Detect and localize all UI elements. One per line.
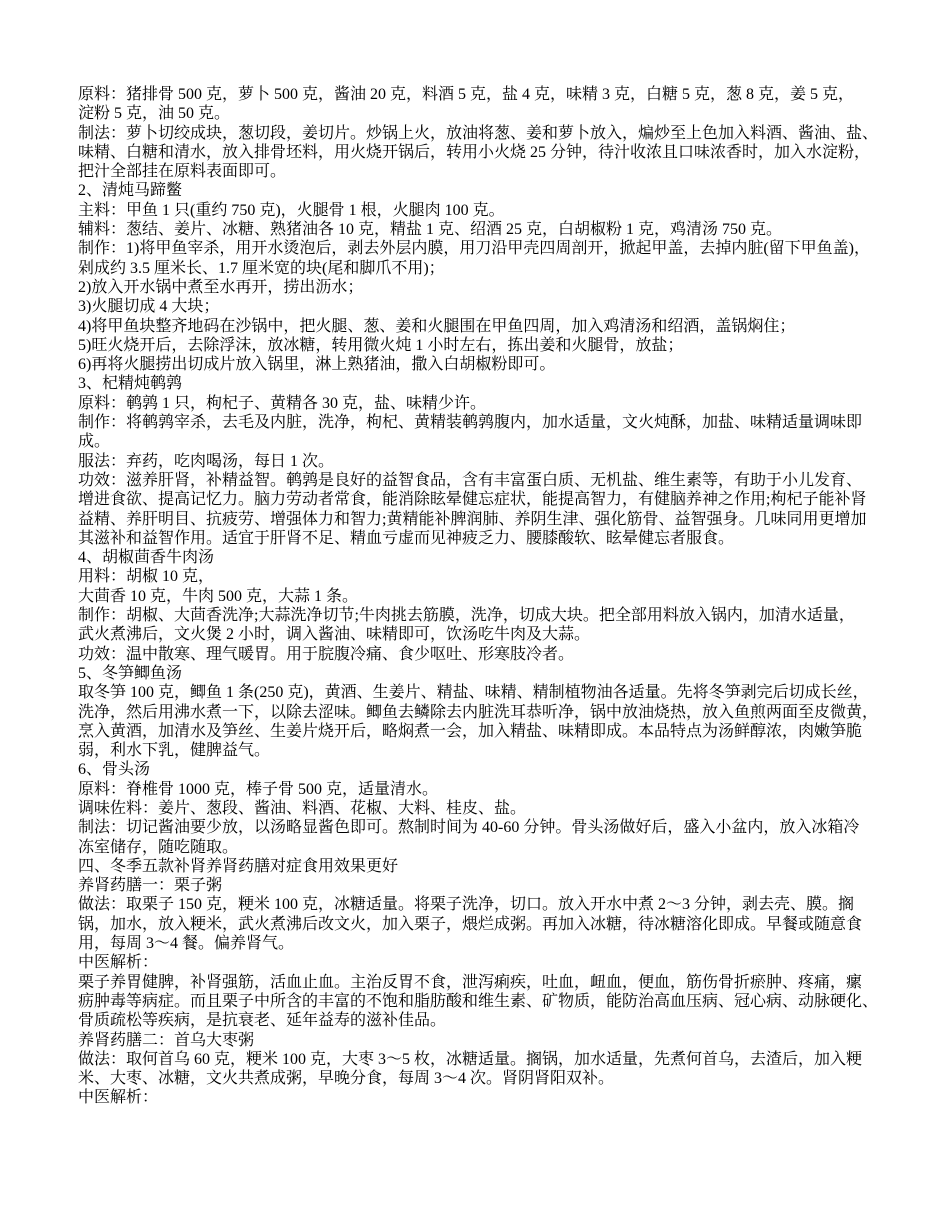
text-line: 做法：取栗子 150 克，粳米 100 克，冰糖适量。将栗子洗净，切口。放入开水… [78, 895, 895, 914]
text-line: 大茴香 10 克，牛肉 500 克，大蒜 1 条。 [78, 587, 895, 606]
text-line: 弱，利水下乳，健脾益气。 [78, 741, 895, 760]
text-line: 原料：鹌鹑 1 只，枸杞子、黄精各 30 克，盐、味精少许。 [78, 394, 895, 413]
text-line: 武火煮沸后，文火煲 2 小时，调入酱油、味精即可，饮汤吃牛肉及大蒜。 [78, 625, 895, 644]
text-line: 米、大枣、冰糖，文火共煮成粥，早晚分食，每周 3～4 次。肾阴肾阳双补。 [78, 1069, 895, 1088]
text-line: 剁成约 3.5 厘米长、1.7 厘米宽的块(尾和脚爪不用)； [78, 259, 895, 278]
text-line: 制作：将鹌鹑宰杀，去毛及内脏，洗净，枸杞、黄精装鹌鹑腹内，加水适量，文火炖酥，加… [78, 413, 895, 432]
text-line: 淀粉 5 克，油 50 克。 [78, 104, 895, 123]
text-line: 中医解析： [78, 1088, 895, 1107]
text-line: 制作：胡椒、大茴香洗净;大蒜洗净切节;牛肉挑去筋膜，洗净，切成大块。把全部用料放… [78, 606, 895, 625]
text-line: 2、清炖马蹄鳖 [78, 181, 895, 200]
text-line: 3)火腿切成 4 大块； [78, 297, 895, 316]
text-line: 5、冬笋鲫鱼汤 [78, 664, 895, 683]
text-line: 洗净，然后用沸水煮一下，以除去涩味。鲫鱼去鳞除去内脏洗耳恭听净，锅中放油烧热，放… [78, 703, 895, 722]
text-line: 功效：滋养肝肾，补精益智。鹌鹑是良好的益智食品，含有丰富蛋白质、无机盐、维生素等… [78, 471, 895, 490]
text-line: 增进食欲、提高记忆力。脑力劳动者常食，能消除眩晕健忘症状，能提高智力，有健脑养神… [78, 490, 895, 509]
text-line: 中医解析： [78, 953, 895, 972]
text-line: 用，每周 3～4 餐。偏养肾气。 [78, 934, 895, 953]
text-line: 养肾药膳二：首乌大枣粥 [78, 1031, 895, 1050]
text-line: 烹入黄酒，加清水及笋丝、生姜片烧开后，略焖煮一会，加入精盐、味精即成。本品特点为… [78, 722, 895, 741]
text-line: 服法：弃药，吃肉喝汤，每日 1 次。 [78, 452, 895, 471]
text-line: 6)再将火腿捞出切成片放入锅里，淋上熟猪油，撒入白胡椒粉即可。 [78, 355, 895, 374]
text-line: 2)放入开水锅中煮至水再开，捞出沥水； [78, 278, 895, 297]
text-line: 3、杞精炖鹌鹑 [78, 374, 895, 393]
text-line: 成。 [78, 432, 895, 451]
text-line: 锅，加水，放入粳米，武火煮沸后改文火，加入栗子，煨烂成粥。再加入冰糖，待冰糖溶化… [78, 915, 895, 934]
text-line: 骨质疏松等疾病，是抗衰老、延年益寿的滋补佳品。 [78, 1011, 895, 1030]
text-line: 制法：萝卜切绞成块，葱切段，姜切片。炒锅上火，放油将葱、姜和萝卜放入，煸炒至上色… [78, 124, 895, 143]
document-page: 原料：猪排骨 500 克，萝卜 500 克，酱油 20 克，料酒 5 克，盐 4… [0, 0, 950, 1108]
text-line: 用料：胡椒 10 克， [78, 567, 895, 586]
text-line: 辅料：葱结、姜片、冰糖、熟猪油各 10 克，精盐 1 克、绍酒 25 克，白胡椒… [78, 220, 895, 239]
text-line: 4)将甲鱼块整齐地码在沙锅中，把火腿、葱、姜和火腿围在甲鱼四周，加入鸡清汤和绍酒… [78, 317, 895, 336]
text-line: 冻室储存，随吃随取。 [78, 838, 895, 857]
text-line: 养肾药膳一：栗子粥 [78, 876, 895, 895]
text-line: 味精、白糖和清水，放入排骨坯料，用火烧开锅后，转用小火烧 25 分钟，待汁收浓且… [78, 143, 895, 162]
text-line: 把汁全部挂在原料表面即可。 [78, 162, 895, 181]
text-line: 调味佐料：姜片、葱段、酱油、料酒、花椒、大料、桂皮、盐。 [78, 799, 895, 818]
text-line: 其滋补和益智作用。适宜于肝肾不足、精血亏虚而见神疲乏力、腰膝酸软、眩晕健忘者服食… [78, 529, 895, 548]
text-line: 益精、养肝明目、抗疲劳、增强体力和智力;黄精能补脾润肺、养阴生津、强化筋骨、益智… [78, 510, 895, 529]
text-line: 疬肿毒等病症。而且栗子中所含的丰富的不饱和脂肪酸和维生素、矿物质，能防治高血压病… [78, 992, 895, 1011]
text-line: 主料：甲鱼 1 只(重约 750 克)，火腿骨 1 根，火腿肉 100 克。 [78, 201, 895, 220]
text-line: 四、冬季五款补肾养肾药膳对症食用效果更好 [78, 857, 895, 876]
text-line: 5)旺火烧开后，去除浮沫，放冰糖，转用微火炖 1 小时左右，拣出姜和火腿骨，放盐… [78, 336, 895, 355]
text-line: 制法：切记酱油要少放，以汤略显酱色即可。熬制时间为 40-60 分钟。骨头汤做好… [78, 818, 895, 837]
text-line: 栗子养胃健脾，补肾强筋，活血止血。主治反胃不食，泄泻痢疾，吐血，衄血，便血，筋伤… [78, 973, 895, 992]
text-line: 原料：猪排骨 500 克，萝卜 500 克，酱油 20 克，料酒 5 克，盐 4… [78, 85, 895, 104]
text-line: 制作：1)将甲鱼宰杀，用开水烫泡后，剥去外层内膜，用刀沿甲壳四周剖开，掀起甲盖，… [78, 239, 895, 258]
document-body: 原料：猪排骨 500 克，萝卜 500 克，酱油 20 克，料酒 5 克，盐 4… [78, 85, 895, 1108]
text-line: 做法：取何首乌 60 克，粳米 100 克，大枣 3～5 枚，冰糖适量。搁锅，加… [78, 1050, 895, 1069]
text-line: 功效：温中散寒、理气暖胃。用于脘腹冷痛、食少呕吐、形寒肢冷者。 [78, 645, 895, 664]
text-line: 4、胡椒茴香牛肉汤 [78, 548, 895, 567]
text-line: 6、骨头汤 [78, 760, 895, 779]
text-line: 原料：脊椎骨 1000 克，棒子骨 500 克，适量清水。 [78, 780, 895, 799]
text-line: 取冬笋 100 克，鲫鱼 1 条(250 克)，黄酒、生姜片、精盐、味精、精制植… [78, 683, 895, 702]
